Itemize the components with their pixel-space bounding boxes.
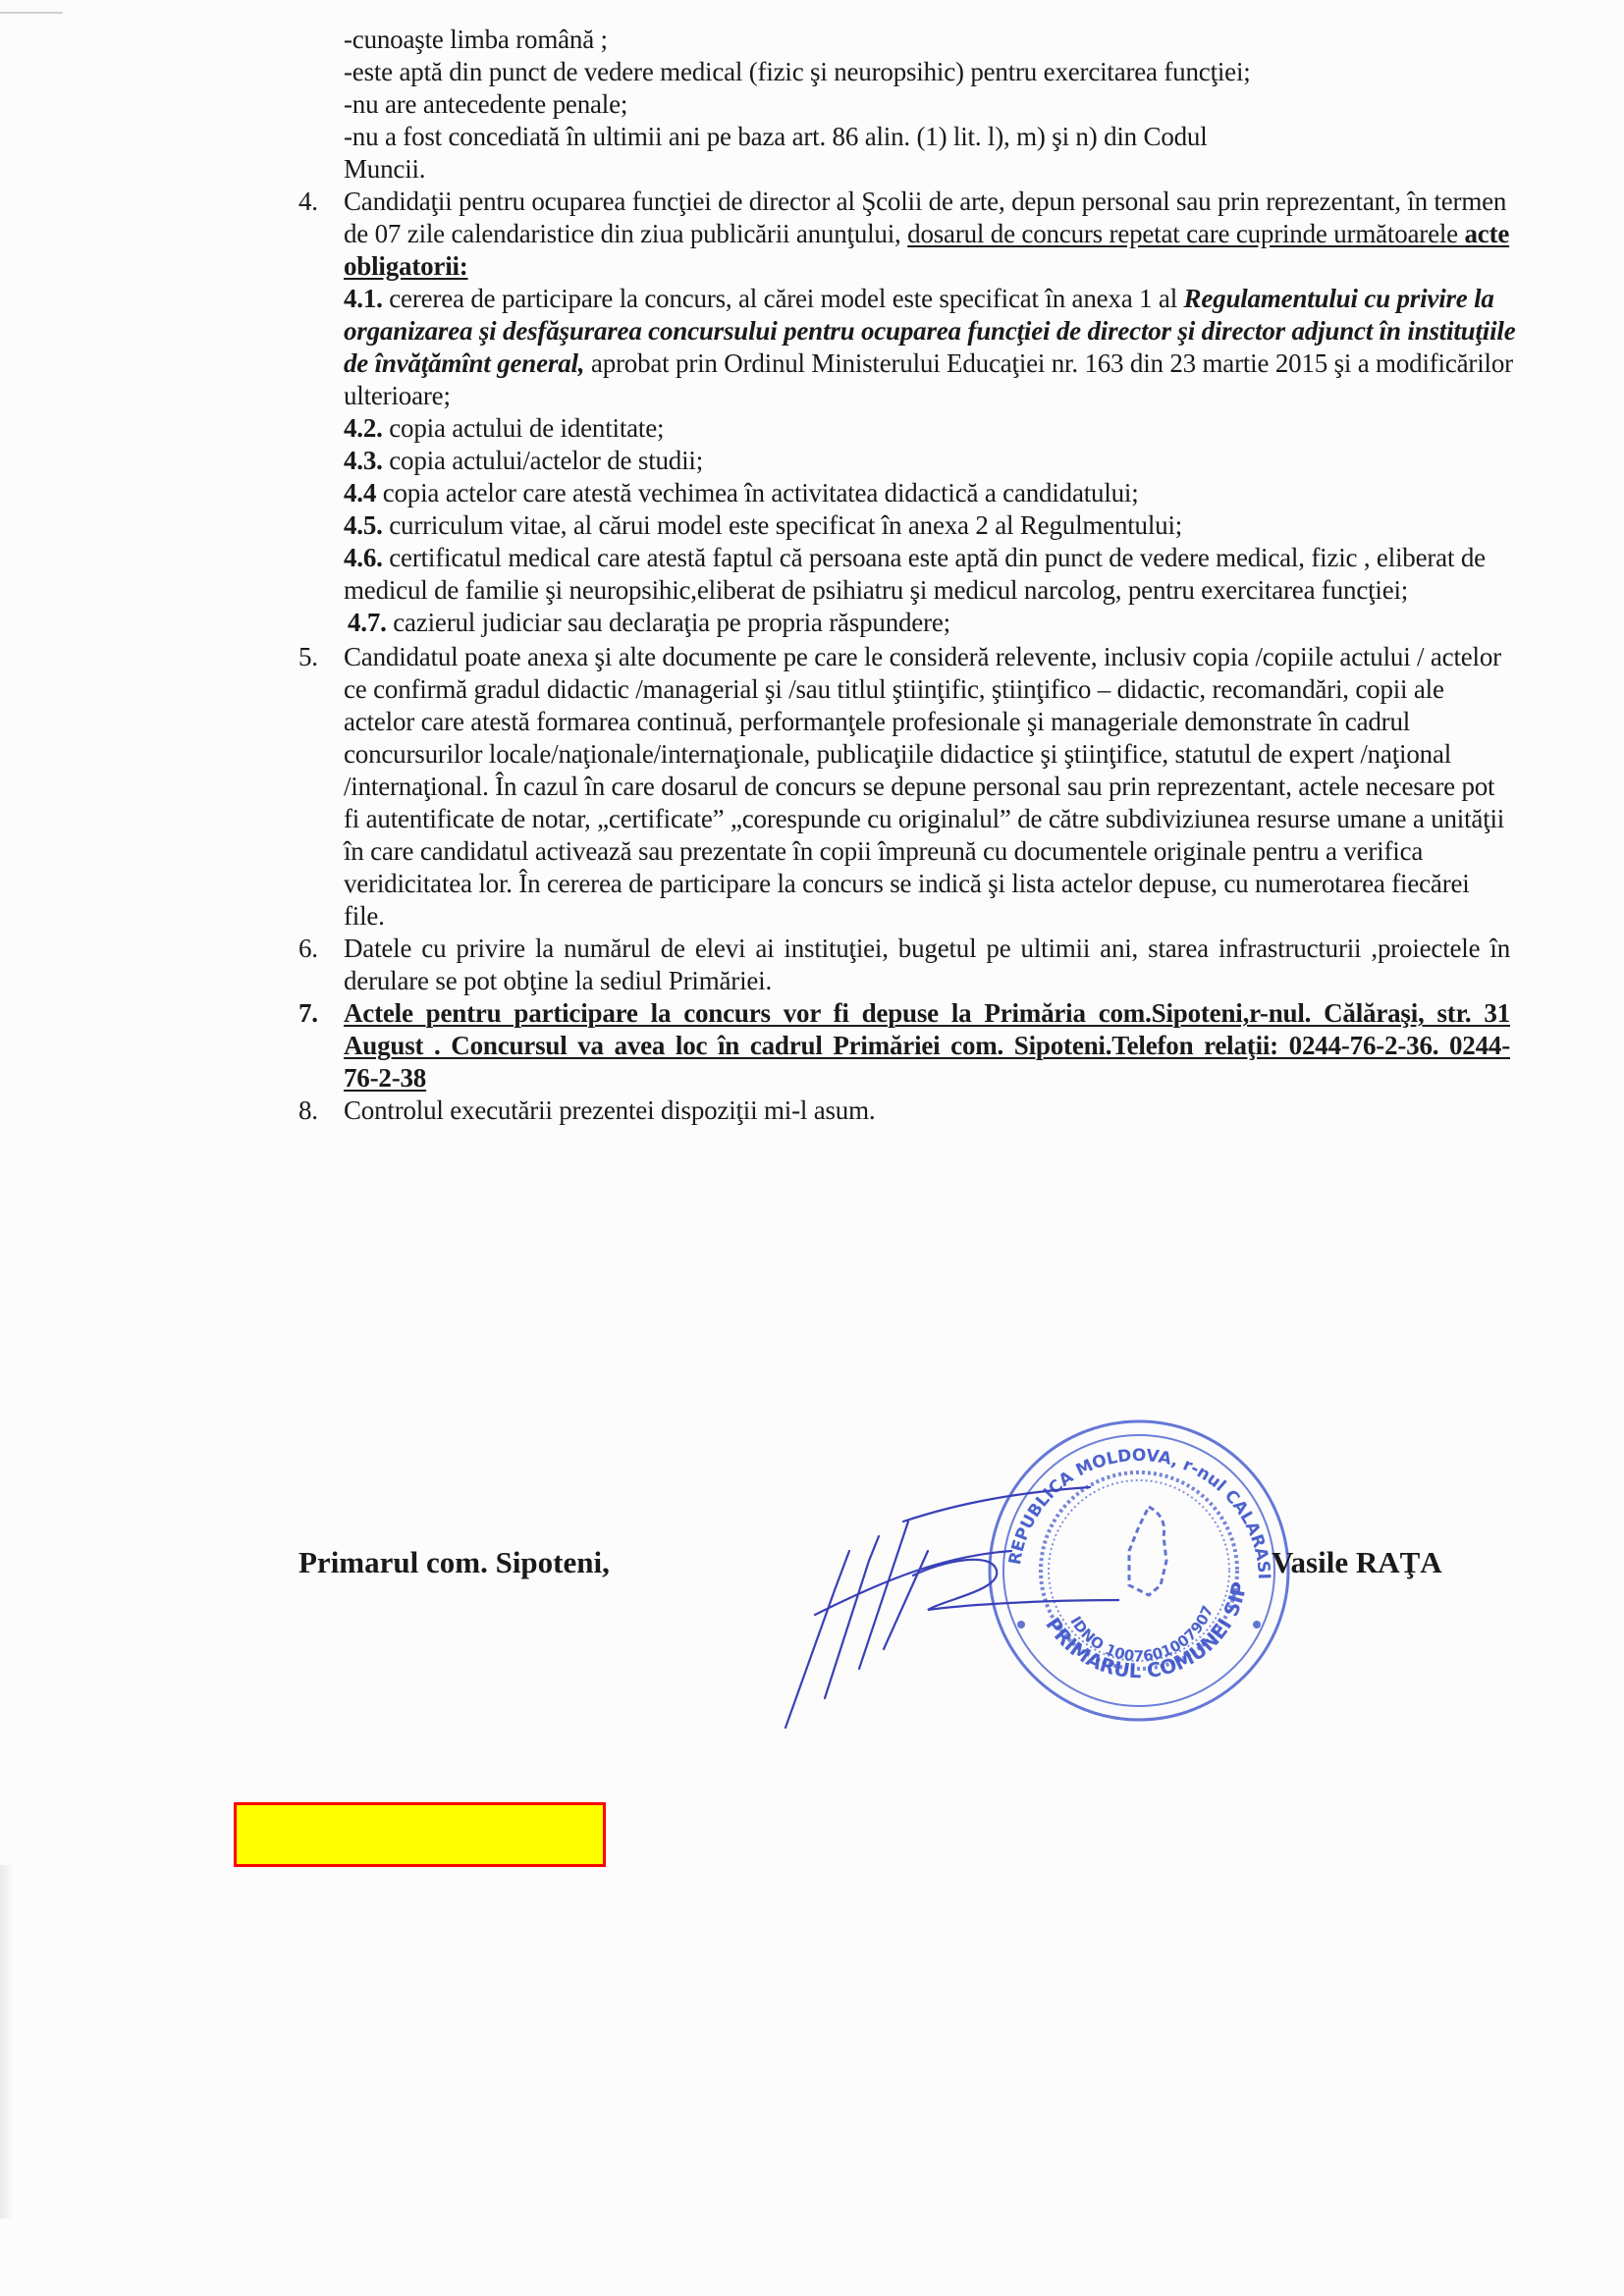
list-item-8: 8. Controlul executării prezentei dispoz… bbox=[344, 1095, 1522, 1127]
subitem-4-3: 4.3. copia actului/actelor de studii; bbox=[344, 445, 1522, 477]
signatory-name: Vasile RAŢA bbox=[1272, 1545, 1442, 1580]
subitem-number: 4.3. bbox=[344, 446, 383, 475]
item-number: 7. bbox=[298, 997, 318, 1030]
subitem-number: 4.2. bbox=[344, 413, 383, 443]
list-item-7: 7. Actele pentru participare la concurs … bbox=[344, 997, 1510, 1095]
subitem-text: copia actului/actelor de studii; bbox=[389, 446, 703, 475]
list-item-5: 5. Candidatul poate anexa şi alte docume… bbox=[344, 641, 1507, 933]
signatory-title: Primarul com. Sipoteni, bbox=[298, 1545, 610, 1580]
subitem-number: 4.1. bbox=[344, 284, 383, 313]
requirement-line: -nu are antecedente penale; bbox=[344, 88, 1522, 121]
subitem-text: copia actelor care atestă vechimea în ac… bbox=[383, 478, 1139, 507]
document-body: -cunoaşte limba română ; -este aptă din … bbox=[344, 24, 1522, 1127]
signature-block: Primarul com. Sipoteni, Vasile RAŢA bbox=[0, 1545, 1624, 1594]
subitem-text: curriculum vitae, al cărui model este sp… bbox=[389, 510, 1182, 540]
subitem-4-2: 4.2. copia actului de identitate; bbox=[344, 412, 1522, 445]
list-item-6: 6. Datele cu privire la numărul de elevi… bbox=[344, 933, 1510, 997]
list-item-4: 4. Candidaţii pentru ocuparea funcţiei d… bbox=[344, 186, 1517, 283]
requirement-line: -cunoaşte limba română ; bbox=[344, 24, 1522, 56]
scan-edge-shadow bbox=[0, 1865, 14, 2218]
subitem-4-6: 4.6. certificatul medical care atestă fa… bbox=[344, 542, 1522, 607]
subitem-text: cazierul judiciar sau declaraţia pe prop… bbox=[393, 608, 950, 637]
subitem-4-5: 4.5. curriculum vitae, al cărui model es… bbox=[344, 509, 1522, 542]
subitem-text: cererea de participare la concurs, al că… bbox=[389, 284, 1183, 313]
subitem-4-7: 4.7. cazierul judiciar sau declaraţia pe… bbox=[344, 607, 1522, 639]
item-number: 4. bbox=[298, 186, 318, 218]
subitem-4-4: 4.4 copia actelor care atestă vechimea î… bbox=[344, 477, 1522, 509]
item-number: 8. bbox=[298, 1095, 318, 1127]
document-page: -cunoaşte limba română ; -este aptă din … bbox=[0, 0, 1624, 2296]
subitem-number: 4.5. bbox=[344, 510, 383, 540]
item-8-text: Controlul executării prezentei dispoziţi… bbox=[344, 1095, 875, 1125]
subitem-number: 4.6. bbox=[344, 543, 383, 572]
item-number: 6. bbox=[298, 933, 318, 965]
requirement-line: -este aptă din punct de vedere medical (… bbox=[344, 56, 1522, 88]
item-6-text: Datele cu privire la numărul de elevi ai… bbox=[344, 934, 1510, 995]
item-4-underlined: dosarul de concurs repetat care cuprinde… bbox=[907, 219, 1464, 248]
requirement-line: -nu a fost concediată în ultimii ani pe … bbox=[344, 121, 1522, 153]
redaction-box bbox=[234, 1802, 606, 1867]
subitem-4-1: 4.1. cererea de participare la concurs, … bbox=[344, 283, 1517, 412]
subitem-text: certificatul medical care atestă faptul … bbox=[344, 543, 1486, 605]
item-number: 5. bbox=[298, 641, 318, 673]
scan-artifact bbox=[0, 12, 63, 14]
subitem-text: copia actului de identitate; bbox=[389, 413, 664, 443]
item-5-text: Candidatul poate anexa şi alte documente… bbox=[344, 642, 1504, 931]
requirement-line: Muncii. bbox=[344, 153, 1522, 186]
subitem-number: 4.7. bbox=[348, 608, 387, 637]
item-7-text: Actele pentru participare la concurs vor… bbox=[344, 997, 1510, 1095]
subitem-number: 4.4 bbox=[344, 478, 376, 507]
